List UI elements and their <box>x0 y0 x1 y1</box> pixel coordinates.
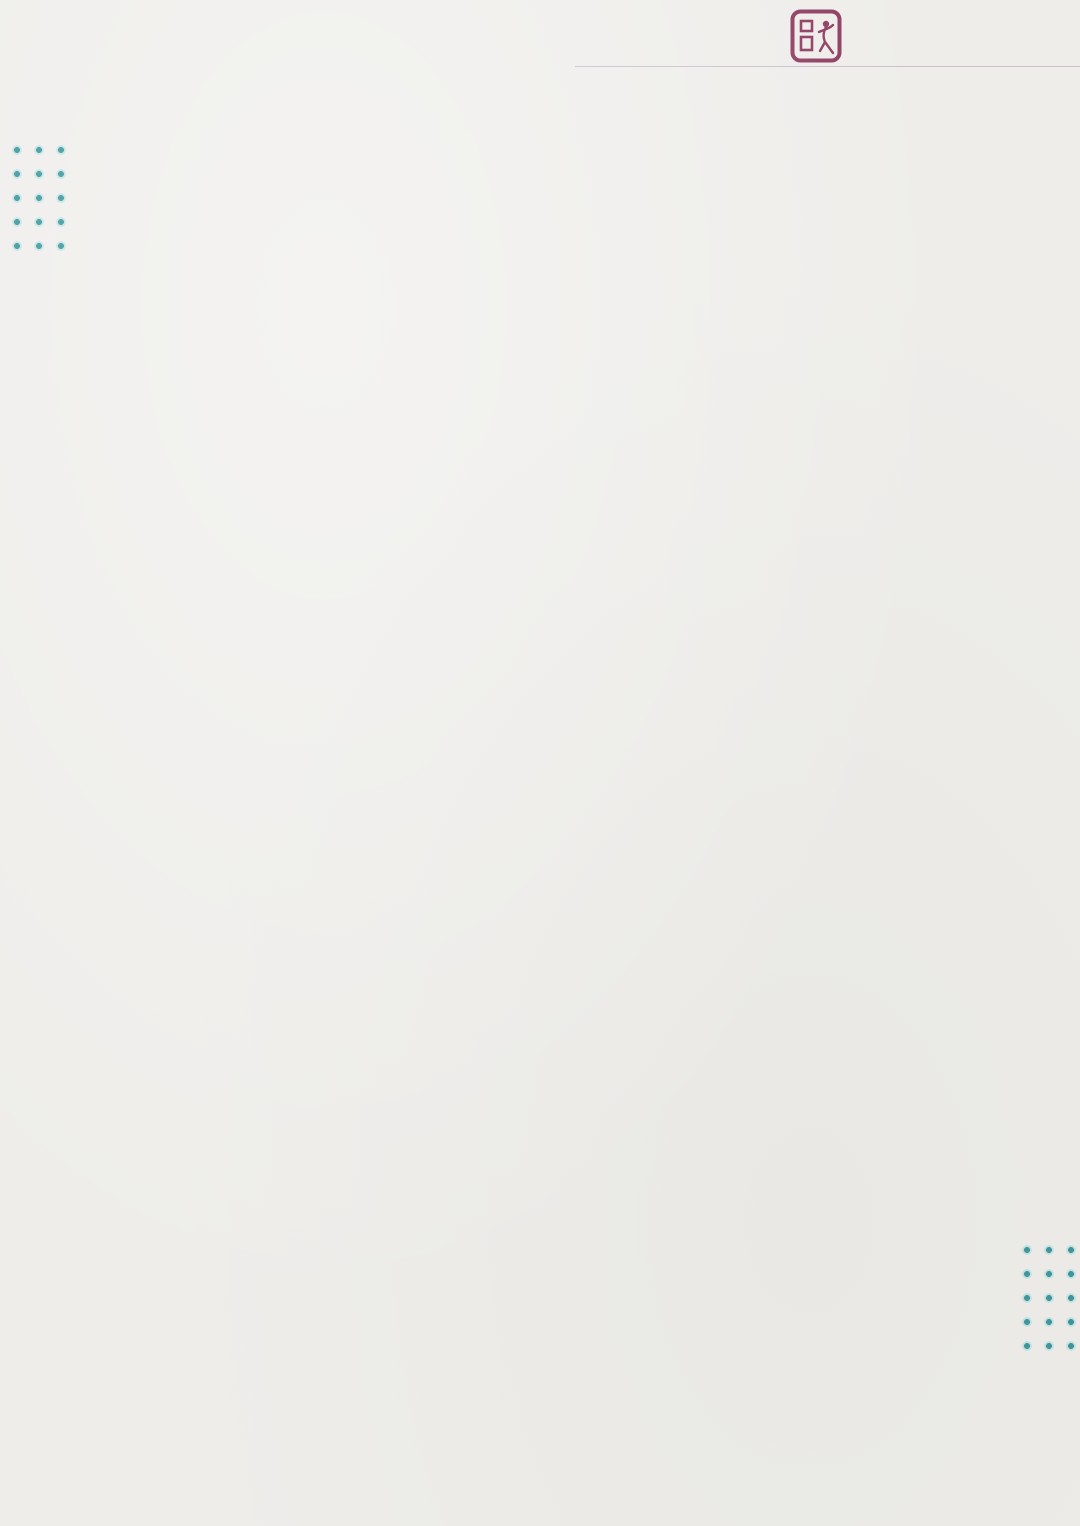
dot-grid-right <box>1012 1236 1078 1354</box>
admissions-brochure-page <box>0 0 1080 1526</box>
dot-grid-left <box>2 136 68 254</box>
document-body <box>95 0 985 180</box>
bottom-wave-decoration <box>540 1280 1080 1526</box>
